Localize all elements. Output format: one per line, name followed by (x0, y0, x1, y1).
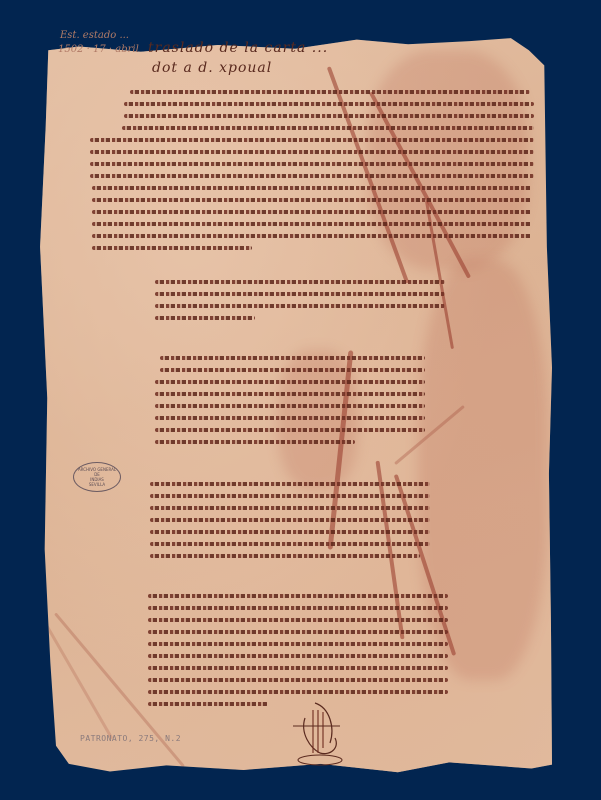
document-title-line1: traslado de la carta ... (148, 40, 328, 56)
manuscript-page (38, 20, 552, 776)
signature-rubric-icon (285, 698, 355, 768)
stain-wash (418, 260, 548, 680)
document-title-line2: dot a d. xpoual (152, 60, 272, 76)
shelfmark-label: PATRONATO, 275, N.2 (80, 734, 181, 743)
archival-note-line1: Est. estado ... (60, 30, 129, 41)
archival-note-line2: 1502 · 17 · abril (58, 44, 139, 55)
archive-stamp: ARCHIVO GENERAL DE INDIAS SEVILLA (73, 462, 121, 492)
